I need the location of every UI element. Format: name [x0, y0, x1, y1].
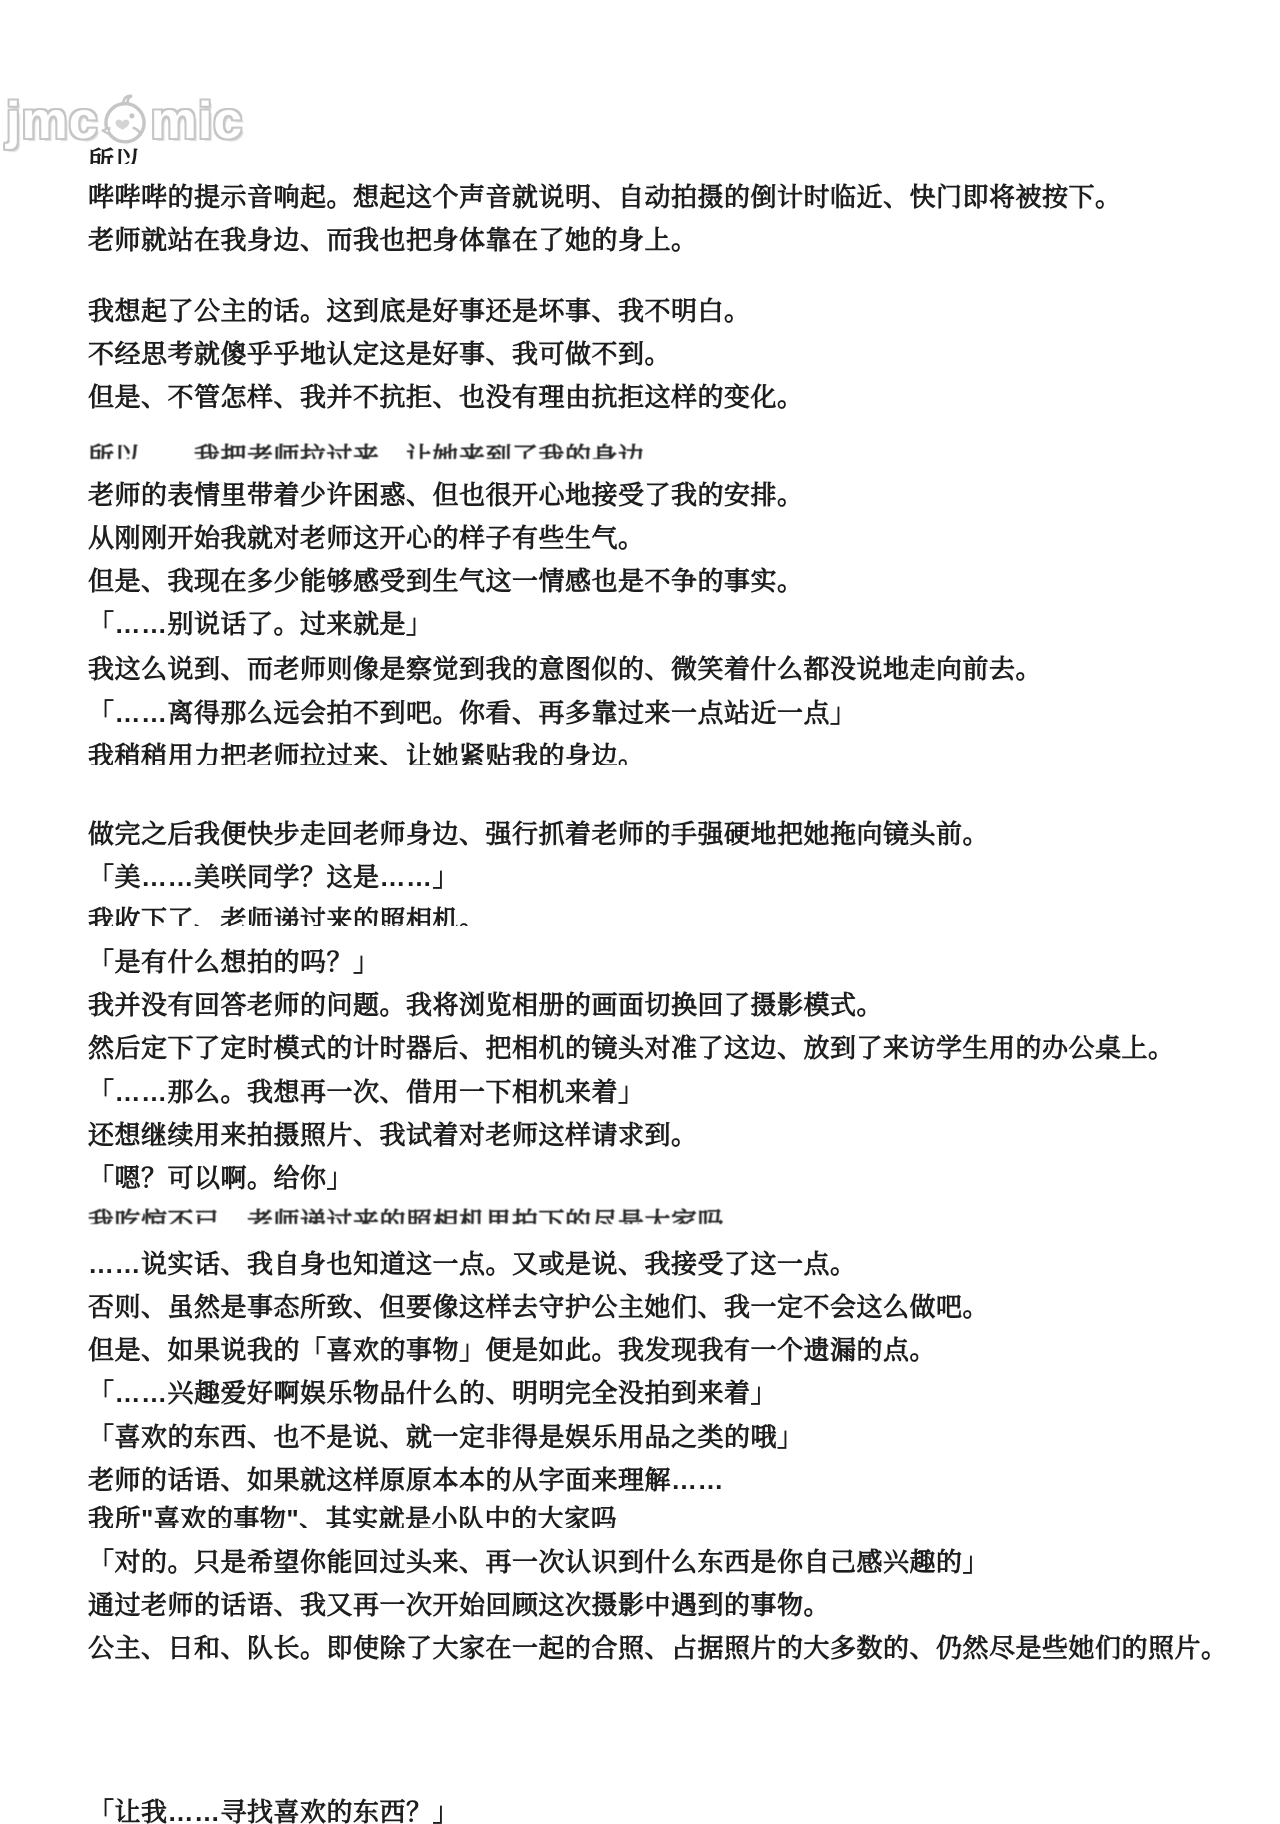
text-line: 「喜欢的东西、也不是说、就一定非得是娱乐用品之类的哦」 — [88, 1423, 804, 1451]
text-line: 我收下了、老师递过来的照相机。 — [88, 906, 486, 926]
text-line: 哔哔哔的提示音响起。想起这个声音就说明、自动拍摄的倒计时临近、快门即将被按下。 — [88, 183, 1122, 211]
watermark-logo: jmc mic — [6, 92, 243, 150]
watermark-text-left: jmc — [6, 95, 99, 147]
text-line: 「……兴趣爱好啊娱乐物品什么的、明明完全没拍到来着」 — [88, 1379, 777, 1407]
text-line: 但是、我现在多少能够感受到生气这一情感也是不争的事实。 — [88, 567, 804, 595]
text-line: ……说实话、我自身也知道这一点。又或是说、我接受了这一点。 — [88, 1250, 857, 1278]
text-line: 我并没有回答老师的问题。我将浏览相册的画面切换回了摄影模式。 — [88, 991, 883, 1019]
text-line: 我稍稍用力把老师拉过来、让她紧贴我的身边。 — [88, 742, 645, 765]
text-line: 然后定下了定时模式的计时器后、把相机的镜头对准了这边、放到了来访学生用的办公桌上… — [88, 1034, 1175, 1062]
text-line: 老师的话语、如果就这样原原本本的从字面来理解…… — [88, 1466, 724, 1494]
watermark-text-right: mic — [151, 95, 244, 147]
text-line: 我这么说到、而老师则像是察觉到我的意图似的、微笑着什么都没说地走向前去。 — [88, 655, 1042, 683]
text-line: 「……那么。我想再一次、借用一下相机来着」 — [88, 1078, 645, 1106]
text-line: 老师就站在我身边、而我也把身体靠在了她的身上。 — [88, 226, 698, 254]
text-line: 公主、日和、队长。即使除了大家在一起的合照、占据照片的大多数的、仍然尽是些她们的… — [88, 1634, 1228, 1662]
text-line: 「让我……寻找喜欢的东西？」 — [88, 1798, 459, 1824]
bird-mascot-icon — [99, 93, 151, 149]
text-line: 通过老师的话语、我又再一次开始回顾这次摄影中遇到的事物。 — [88, 1591, 830, 1619]
text-line: 做完之后我便快步走回老师身边、强行抓着老师的手强硬地把她拖向镜头前。 — [88, 820, 989, 848]
text-line: 我吃惊不已、老师递过来的照相机里拍下的尽是大家吗。 — [88, 1208, 751, 1224]
text-line: 但是、不管怎样、我并不抗拒、也没有理由抗拒这样的变化。 — [88, 383, 804, 411]
text-line: 不经思考就傻乎乎地认定这是好事、我可做不到。 — [88, 340, 671, 368]
text-line: 「嗯？可以啊。给你」 — [88, 1164, 353, 1192]
text-line: 「是有什么想拍的吗？」 — [88, 948, 380, 976]
novel-text-page: jmc mic 所以……。哔哔哔的提示音响起。想起这个声音就说明、自动拍摄的倒计… — [0, 0, 1280, 1824]
text-line: 我想起了公主的话。这到底是好事还是坏事、我不明白。 — [88, 297, 751, 325]
text-line: 老师的表情里带着少许困惑、但也很开心地接受了我的安排。 — [88, 481, 804, 509]
text-line: 「美……美咲同学？这是……」 — [88, 863, 459, 891]
text-line: 我所"喜欢的事物"、其实就是小队中的大家吗 — [88, 1505, 617, 1528]
text-line: 所以……我把老师拉过来、让她来到了我的身边。 — [88, 443, 671, 459]
text-line: 否则、虽然是事态所致、但要像这样去守护公主她们、我一定不会这么做吧。 — [88, 1293, 989, 1321]
text-line: 从刚刚开始我就对老师这开心的样子有些生气。 — [88, 524, 645, 552]
text-line: 「……别说话了。过来就是」 — [88, 610, 433, 638]
text-line: 所以……。 — [88, 147, 221, 164]
text-line: 但是、如果说我的「喜欢的事物」便是如此。我发现我有一个遗漏的点。 — [88, 1336, 936, 1364]
text-line: 还想继续用来拍摄照片、我试着对老师这样请求到。 — [88, 1121, 698, 1149]
text-line: 「对的。只是希望你能回过头来、再一次认识到什么东西是你自己感兴趣的」 — [88, 1548, 989, 1576]
text-line: 「……离得那么远会拍不到吧。你看、再多靠过来一点站近一点」 — [88, 699, 857, 727]
